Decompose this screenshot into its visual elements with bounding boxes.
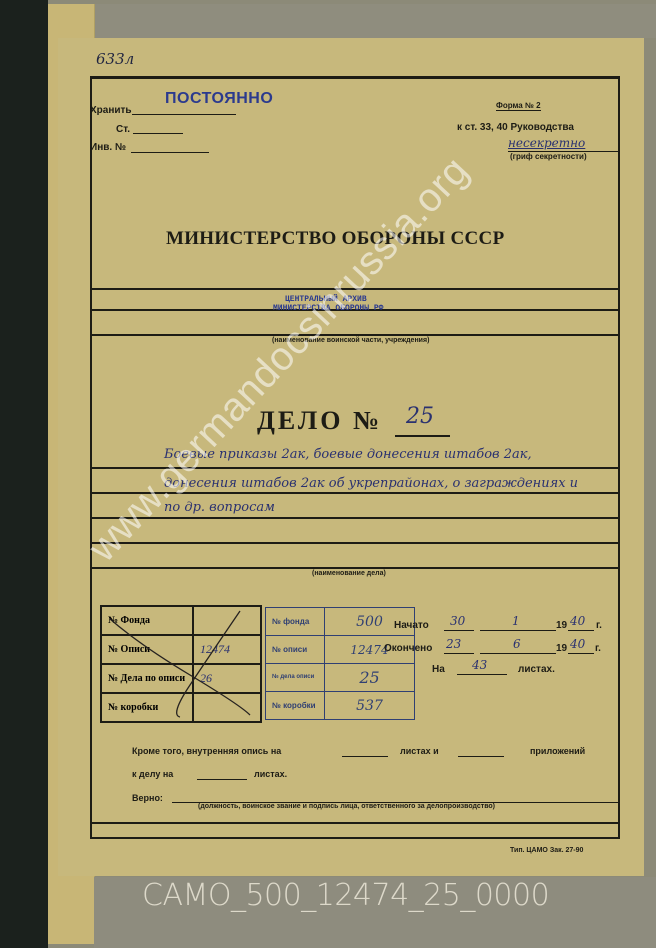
delo-value: 25 xyxy=(325,664,415,692)
keep-value-stamp: ПОСТОЯННО xyxy=(165,90,273,108)
rule xyxy=(92,567,618,569)
keep-underline xyxy=(132,114,236,115)
ended-month-underline xyxy=(480,653,556,654)
rule xyxy=(92,517,618,519)
inventory-text-5: листах. xyxy=(254,769,287,779)
started-year-underline xyxy=(568,630,594,631)
inventory-text-2: листах и xyxy=(400,746,439,756)
box-label: № коробки xyxy=(266,692,325,720)
ended-year-underline xyxy=(568,653,594,654)
inventory-attachments-underline xyxy=(458,756,504,757)
inventory-text-1: Кроме того, внутренняя опись на xyxy=(132,746,281,756)
started-label: Начато xyxy=(394,620,429,631)
ended-day-underline xyxy=(444,653,474,654)
rule xyxy=(92,542,618,544)
folder-board-top xyxy=(95,4,656,38)
table-row: № дела описи25 xyxy=(266,664,415,692)
case-title-caption: (наименование дела) xyxy=(312,570,386,577)
form-number: Форма № 2 xyxy=(496,101,541,111)
table-row: № коробки537 xyxy=(266,692,415,720)
ended-day: 23 xyxy=(446,637,461,651)
keep-label: Хранить xyxy=(90,105,132,116)
secrecy-caption: (гриф секретности) xyxy=(510,152,587,161)
inv-underline xyxy=(131,152,209,153)
started-month: 1 xyxy=(512,614,520,628)
ended-year: 40 xyxy=(570,637,585,651)
ended-label: Окончено xyxy=(384,643,432,654)
ministry-title: МИНИСТЕРСТВО ОБОРОНЫ СССР xyxy=(166,228,505,250)
st-underline xyxy=(133,133,183,134)
started-year: 40 xyxy=(570,614,585,628)
started-day: 30 xyxy=(450,614,465,628)
verified-label: Верно: xyxy=(132,793,163,803)
sheets-count: 43 xyxy=(472,658,487,672)
secrecy-value: несекретно xyxy=(508,136,585,150)
opis-label: № описи xyxy=(266,636,325,664)
inv-label: Инв. № xyxy=(90,142,126,153)
inventory-text-4: к делу на xyxy=(132,769,173,779)
case-title-line-2: донесения штабов 2ак об укрепрайонах, о … xyxy=(164,476,578,491)
box-value: 537 xyxy=(325,692,415,720)
cross-out-mark xyxy=(100,605,262,720)
delo-label: № дела описи xyxy=(266,664,325,692)
inventory-sheets-underline xyxy=(342,756,388,757)
started-month-underline xyxy=(480,630,556,631)
ended-month: 6 xyxy=(513,637,521,651)
print-mark: Тип. ЦАМО Зак. 27-90 xyxy=(510,847,583,854)
ended-year-prefix: 19 xyxy=(556,643,567,654)
right-archive-box: № фонда500 № описи12474 № дела описи25 №… xyxy=(265,607,415,720)
rule xyxy=(92,822,618,824)
started-year-suffix: г. xyxy=(596,620,602,631)
sheets-label: листах. xyxy=(518,664,555,675)
ended-year-suffix: г. xyxy=(595,643,601,654)
image-caption: CAMO_500_12474_25_0000 xyxy=(142,878,549,913)
rule xyxy=(92,334,618,336)
inventory-text-3: приложений xyxy=(530,746,585,756)
table-row: № фонда500 xyxy=(266,608,415,636)
verified-caption: (должность, воинское звание и подпись ли… xyxy=(198,803,495,810)
st-label: Ст. xyxy=(116,124,130,135)
case-number-underline xyxy=(395,435,450,437)
started-day-underline xyxy=(444,630,474,631)
case-sheets-underline xyxy=(197,779,247,780)
case-number: 25 xyxy=(406,404,434,429)
sheets-underline xyxy=(457,674,507,675)
sheets-prefix: На xyxy=(432,664,445,675)
case-label: ДЕЛО № xyxy=(257,406,382,436)
started-year-prefix: 19 xyxy=(556,620,567,631)
corner-note: 633л xyxy=(96,50,134,68)
fond-label: № фонда xyxy=(266,608,325,636)
regulation-ref: к ст. 33, 40 Руководства xyxy=(457,122,574,133)
case-title-line-3: по др. вопросам xyxy=(164,500,275,515)
